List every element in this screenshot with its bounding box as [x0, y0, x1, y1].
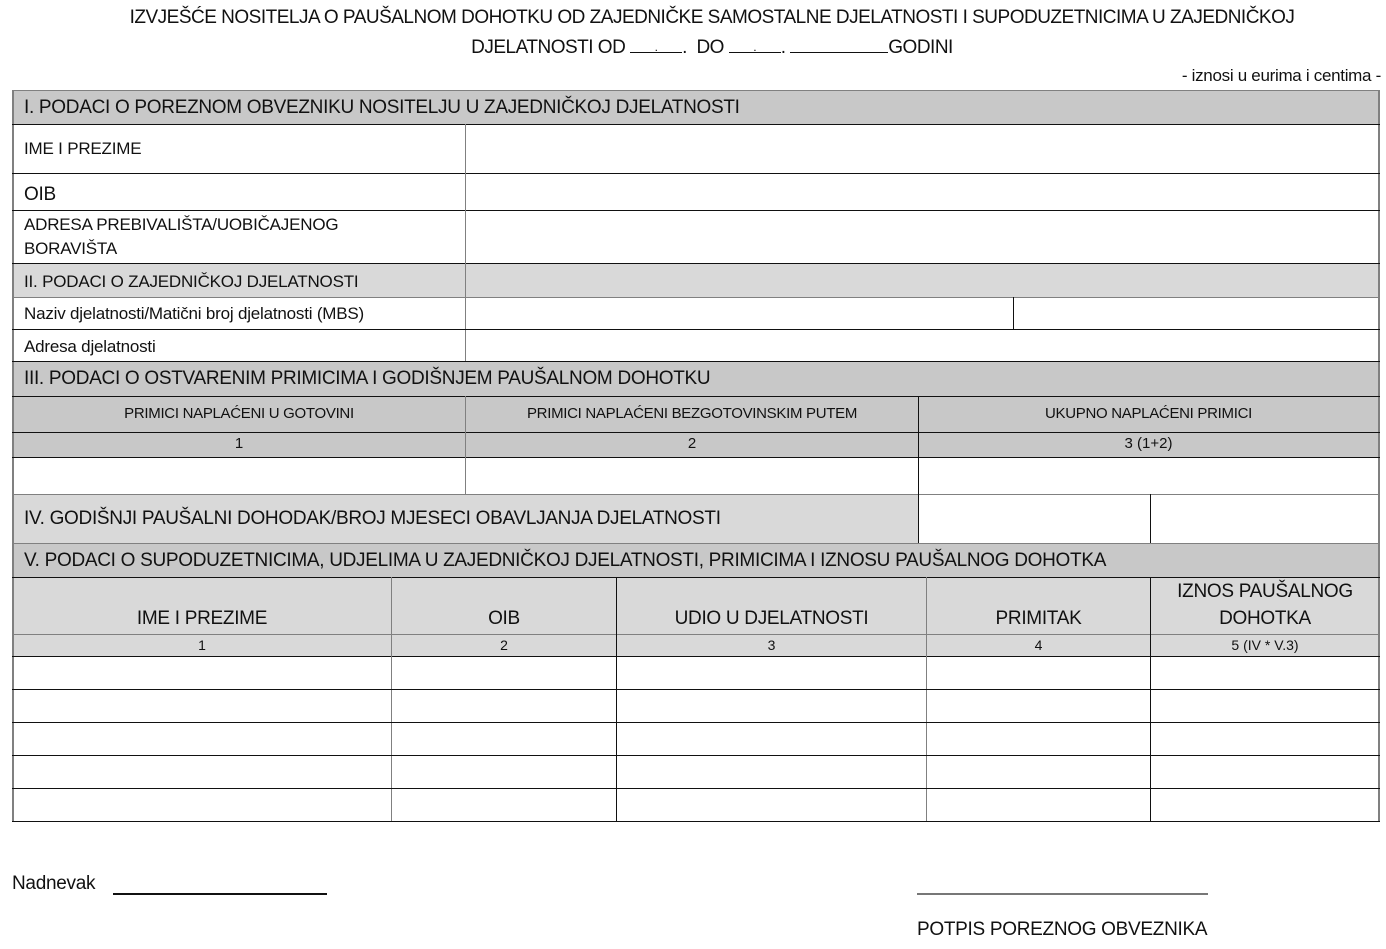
- business-name-label: Naziv djelatnosti/Matični broj djelatnos…: [24, 304, 364, 324]
- noncash-receipts-input[interactable]: [466, 458, 917, 493]
- coowner-income-input[interactable]: [1151, 658, 1378, 689]
- table-divider: [12, 577, 1380, 578]
- table-divider: [12, 361, 1380, 362]
- title-period-prefix: DJELATNOSTI OD: [471, 37, 625, 58]
- coowner-name-input[interactable]: [13, 691, 390, 722]
- table-divider: [12, 788, 1380, 789]
- business-address-input[interactable]: [466, 330, 1378, 361]
- coowner-income-header-line2: DOHOTKA: [1151, 608, 1379, 630]
- table-divider: [12, 634, 1380, 635]
- coowner-receipt-input[interactable]: [927, 757, 1149, 788]
- coowner-oib-number: 2: [392, 637, 616, 653]
- table-divider: [12, 821, 1380, 822]
- table-divider: [12, 689, 1380, 690]
- coowner-share-input[interactable]: [617, 691, 925, 722]
- title-do-label: DO: [696, 37, 724, 58]
- form-title-line1: IZVJEŠĆE NOSITELJA O PAUŠALNOM DOHOTKU O…: [0, 6, 1386, 30]
- date-from-field[interactable]: .: [630, 35, 682, 53]
- coowner-share-number: 3: [617, 637, 926, 653]
- table-divider: [12, 329, 1380, 330]
- date-to-field[interactable]: .: [729, 35, 781, 53]
- table-divider: [12, 90, 1380, 91]
- table-divider: [12, 755, 1380, 756]
- table-divider: [1013, 297, 1014, 329]
- coowner-income-input[interactable]: [1151, 724, 1378, 755]
- section5-heading: V. PODACI O SUPODUZETNICIMA, UDJELIMA U …: [24, 550, 1106, 572]
- table-divider: [12, 173, 1380, 174]
- coowner-income-number: 5 (IV * V.3): [1151, 637, 1379, 653]
- section3-heading: III. PODACI O OSTVARENIM PRIMICIMA I GOD…: [24, 368, 710, 390]
- table-divider: [1378, 90, 1380, 822]
- coowner-name-header: IME I PREZIME: [13, 608, 391, 630]
- coowner-share-header: UDIO U DJELATNOSTI: [617, 608, 926, 630]
- section4-heading: IV. GODIŠNJI PAUŠALNI DOHODAK/BROJ MJESE…: [24, 508, 721, 530]
- coowner-receipt-number: 4: [927, 637, 1150, 653]
- coowner-receipt-input[interactable]: [927, 658, 1149, 689]
- coowner-share-input[interactable]: [617, 757, 925, 788]
- owner-oib-input[interactable]: [466, 174, 1378, 210]
- coowner-name-input[interactable]: [13, 658, 390, 689]
- form-title-line2: DJELATNOSTI OD .. DO .. GODINI: [0, 35, 1386, 60]
- table-divider: [12, 124, 1380, 125]
- annual-income-input[interactable]: [919, 495, 1150, 543]
- coowner-name-input[interactable]: [13, 790, 390, 821]
- coowner-income-input[interactable]: [1151, 691, 1378, 722]
- coowner-receipt-input[interactable]: [927, 790, 1149, 821]
- coowner-name-input[interactable]: [13, 724, 390, 755]
- currency-note: - iznosi u eurima i centima -: [1182, 66, 1381, 86]
- table-divider: [1150, 494, 1151, 544]
- coowner-share-input[interactable]: [617, 658, 925, 689]
- owner-name-input[interactable]: [466, 125, 1378, 173]
- table-divider: [12, 263, 1380, 264]
- coowner-oib-input[interactable]: [392, 691, 615, 722]
- owner-address-label-line1: ADRESA PREBIVALIŠTA/UOBIČAJENOG: [24, 215, 338, 235]
- coowner-receipt-input[interactable]: [927, 724, 1149, 755]
- table-divider: [12, 210, 1380, 211]
- cash-receipts-input[interactable]: [13, 458, 464, 493]
- noncash-receipts-number: 2: [466, 435, 918, 452]
- title-godini-label: GODINI: [888, 37, 953, 58]
- cash-receipts-number: 1: [13, 435, 465, 452]
- coowner-oib-input[interactable]: [392, 790, 615, 821]
- business-name-input[interactable]: [466, 298, 1013, 329]
- coowner-oib-input[interactable]: [392, 757, 615, 788]
- signature-line[interactable]: [917, 893, 1208, 895]
- months-input[interactable]: [1152, 495, 1378, 543]
- business-mbs-input[interactable]: [1014, 298, 1378, 329]
- date-input-line[interactable]: [113, 893, 327, 895]
- total-receipts-number: 3 (1+2): [919, 435, 1378, 452]
- table-divider: [12, 656, 1380, 657]
- coowner-income-input[interactable]: [1151, 757, 1378, 788]
- year-field[interactable]: [790, 35, 888, 53]
- owner-oib-label: OIB: [24, 184, 56, 206]
- table-divider: [12, 90, 14, 822]
- table-divider: [12, 494, 1380, 495]
- business-address-label: Adresa djelatnosti: [24, 337, 156, 357]
- table-divider: [12, 432, 1380, 433]
- total-receipts-input[interactable]: [919, 458, 1378, 493]
- signature-label: POTPIS POREZNOG OBVEZNIKA: [917, 919, 1207, 941]
- coowner-income-input[interactable]: [1151, 790, 1378, 821]
- coowner-share-input[interactable]: [617, 790, 925, 821]
- table-divider: [12, 722, 1380, 723]
- table-divider: [465, 124, 466, 362]
- table-divider: [12, 457, 1380, 458]
- coowner-oib-header: OIB: [392, 608, 616, 630]
- coowner-receipt-input[interactable]: [927, 691, 1149, 722]
- coowner-income-header-line1: IZNOS PAUŠALNOG: [1151, 581, 1379, 603]
- section1-heading: I. PODACI O POREZNOM OBVEZNIKU NOSITELJU…: [24, 97, 740, 119]
- coowner-receipt-header: PRIMITAK: [927, 608, 1150, 630]
- coowner-oib-input[interactable]: [392, 724, 615, 755]
- section2-heading: II. PODACI O ZAJEDNIČKOJ DJELATNOSTI: [24, 272, 358, 292]
- table-divider: [12, 297, 1380, 298]
- cash-receipts-header: PRIMICI NAPLAĆENI U GOTOVINI: [13, 405, 465, 422]
- coowner-name-input[interactable]: [13, 757, 390, 788]
- owner-name-label: IME I PREZIME: [24, 139, 141, 159]
- table-divider: [12, 543, 1380, 544]
- total-receipts-header: UKUPNO NAPLAĆENI PRIMICI: [919, 405, 1378, 422]
- owner-address-label-line2: BORAVIŠTA: [24, 239, 117, 259]
- coowner-name-number: 1: [13, 637, 391, 653]
- table-divider: [12, 396, 1380, 397]
- date-label: Nadnevak: [12, 873, 95, 895]
- owner-address-input[interactable]: [466, 211, 1378, 263]
- coowner-share-input[interactable]: [617, 724, 925, 755]
- coowner-oib-input[interactable]: [392, 658, 615, 689]
- noncash-receipts-header: PRIMICI NAPLAĆENI BEZGOTOVINSKIM PUTEM: [466, 405, 918, 422]
